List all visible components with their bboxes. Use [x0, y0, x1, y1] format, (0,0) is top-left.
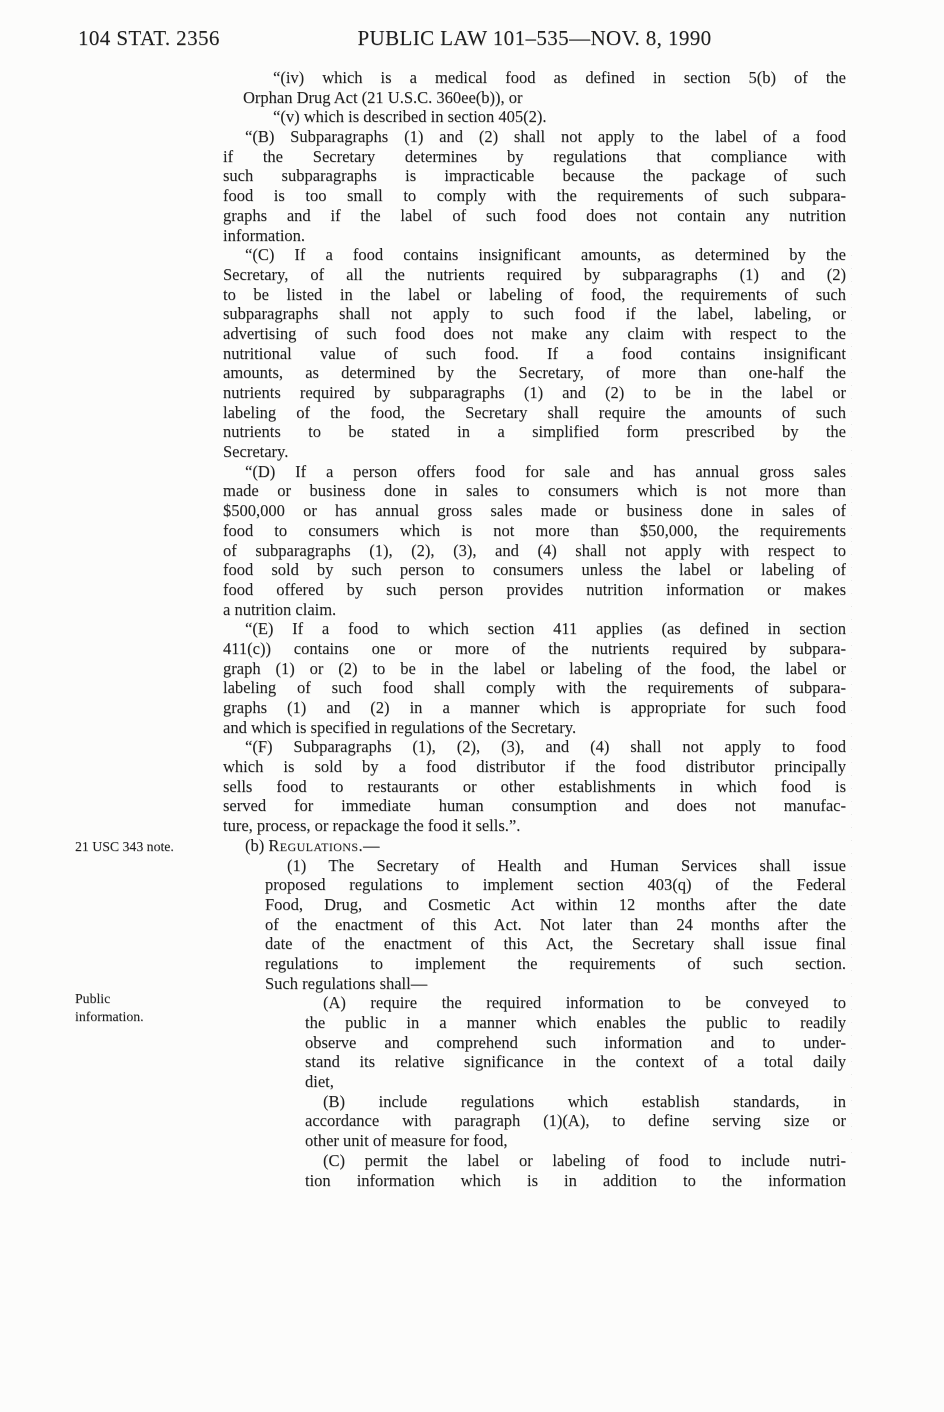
text-line: nutrients to be stated in a simplified f… — [223, 422, 846, 442]
paragraph: “(B) Subparagraphs (1) and (2) shall not… — [223, 127, 846, 245]
text-line: regulations to implement the requirement… — [265, 954, 846, 974]
text-line: Secretary, of all the nutrients required… — [223, 265, 846, 285]
text-line: of subparagraphs (1), (2), (3), and (4) … — [223, 541, 846, 561]
text-line: “(B) Subparagraphs (1) and (2) shall not… — [223, 127, 846, 147]
text-line: other unit of measure for food, — [305, 1131, 846, 1151]
text-part: (b) — [245, 836, 268, 855]
paragraph: (A) require the required information to … — [305, 993, 846, 1091]
margin-note-usc: 21 USC 343 note. — [75, 838, 215, 856]
paragraph: “(C) If a food contains insignificant am… — [223, 245, 846, 462]
text-line: “(iv) which is a medical food as defined… — [243, 68, 846, 88]
text-line: made or business done in sales to consum… — [223, 481, 846, 501]
text-line: diet, — [305, 1072, 846, 1092]
page-number-stat: 104 STAT. 2356 — [78, 26, 220, 51]
text-line: Food, Drug, and Cosmetic Act within 12 m… — [265, 895, 846, 915]
text-line: $500,000 or has annual gross sales made … — [223, 501, 846, 521]
text-line: served for immediate human consumption a… — [223, 796, 846, 816]
text-line: ture, process, or repackage the food it … — [223, 816, 846, 836]
text-line: (1) The Secretary of Health and Human Se… — [265, 856, 846, 876]
margin-note-line: information. — [75, 1008, 215, 1026]
text-line: accordance with paragraph (1)(A), to def… — [305, 1111, 846, 1131]
text-line: “(D) If a person offers food for sale an… — [223, 462, 846, 482]
paragraph: “(v) which is described in section 405(2… — [243, 107, 846, 127]
paragraph: (C) permit the label or labeling of food… — [305, 1151, 846, 1190]
text-line: observe and comprehend such information … — [305, 1033, 846, 1053]
text-line: of the enactment of this Act. Not later … — [265, 915, 846, 935]
text-line: nutritional value of such food. If a foo… — [223, 344, 846, 364]
small-caps-text: Regulations.— — [268, 836, 380, 855]
text-line: which is sold by a food distributor if t… — [223, 757, 846, 777]
paragraph: (1) The Secretary of Health and Human Se… — [265, 856, 846, 994]
text-line: (B) include regulations which establish … — [305, 1092, 846, 1112]
margin-note-line: Public — [75, 990, 215, 1008]
text-line: and which is specified in regulations of… — [223, 718, 846, 738]
text-line: subparagraphs shall not apply to such fo… — [223, 304, 846, 324]
text-line: tion information which is in addition to… — [305, 1171, 846, 1191]
text-line: labeling of such food shall comply with … — [223, 678, 846, 698]
paragraph: (b) Regulations.— — [223, 836, 846, 856]
text-line: such subparagraphs is impracticable beca… — [223, 166, 846, 186]
text-line: a nutrition claim. — [223, 600, 846, 620]
text-line: Orphan Drug Act (21 U.S.C. 360ee(b)), or — [243, 88, 846, 108]
text-line: nutrients required by subparagraphs (1) … — [223, 383, 846, 403]
scan-artifact-line — [851, 255, 852, 1160]
statute-body-text: “(iv) which is a medical food as defined… — [223, 68, 846, 1190]
text-line: food sold by such person to consumers un… — [223, 560, 846, 580]
paragraph: “(iv) which is a medical food as defined… — [243, 68, 846, 107]
text-line: (b) Regulations.— — [223, 836, 846, 856]
text-line: Such regulations shall— — [265, 974, 846, 994]
text-line: information. — [223, 226, 846, 246]
paragraph: (B) include regulations which establish … — [305, 1092, 846, 1151]
text-line: food offered by such person provides nut… — [223, 580, 846, 600]
text-line: 411(c)) contains one or more of the nutr… — [223, 639, 846, 659]
text-line: (C) permit the label or labeling of food… — [305, 1151, 846, 1171]
paragraph: “(E) If a food to which section 411 appl… — [223, 619, 846, 737]
text-line: food is too small to comply with the req… — [223, 186, 846, 206]
paragraph: “(D) If a person offers food for sale an… — [223, 462, 846, 620]
text-line: graphs and if the label of such food doe… — [223, 206, 846, 226]
text-line: amounts, as determined by the Secretary,… — [223, 363, 846, 383]
text-line: “(v) which is described in section 405(2… — [243, 107, 846, 127]
text-line: proposed regulations to implement sectio… — [265, 875, 846, 895]
text-line: date of the enactment of this Act, the S… — [265, 934, 846, 954]
text-line: labeling of the food, the Secretary shal… — [223, 403, 846, 423]
text-line: (A) require the required information to … — [305, 993, 846, 1013]
margin-note-line: 21 USC 343 note. — [75, 838, 215, 856]
text-line: food to consumers which is not more than… — [223, 521, 846, 541]
text-line: to be listed in the label or labeling of… — [223, 285, 846, 305]
text-line: Secretary. — [223, 442, 846, 462]
text-line: graphs (1) and (2) in a manner which is … — [223, 698, 846, 718]
text-line: if the Secretary determines by regulatio… — [223, 147, 846, 167]
text-line: advertising of such food does not make a… — [223, 324, 846, 344]
paragraph: “(F) Subparagraphs (1), (2), (3), and (4… — [223, 737, 846, 835]
page-header-law-title: PUBLIC LAW 101–535—NOV. 8, 1990 — [223, 26, 846, 51]
text-line: “(C) If a food contains insignificant am… — [223, 245, 846, 265]
statute-page: 104 STAT. 2356 PUBLIC LAW 101–535—NOV. 8… — [0, 0, 944, 1412]
text-line: the public in a manner which enables the… — [305, 1013, 846, 1033]
text-line: stand its relative significance in the c… — [305, 1052, 846, 1072]
margin-note-public-information: Public information. — [75, 990, 215, 1026]
text-line: “(E) If a food to which section 411 appl… — [223, 619, 846, 639]
text-line: “(F) Subparagraphs (1), (2), (3), and (4… — [223, 737, 846, 757]
text-line: graph (1) or (2) to be in the label or l… — [223, 659, 846, 679]
text-line: sells food to restaurants or other estab… — [223, 777, 846, 797]
